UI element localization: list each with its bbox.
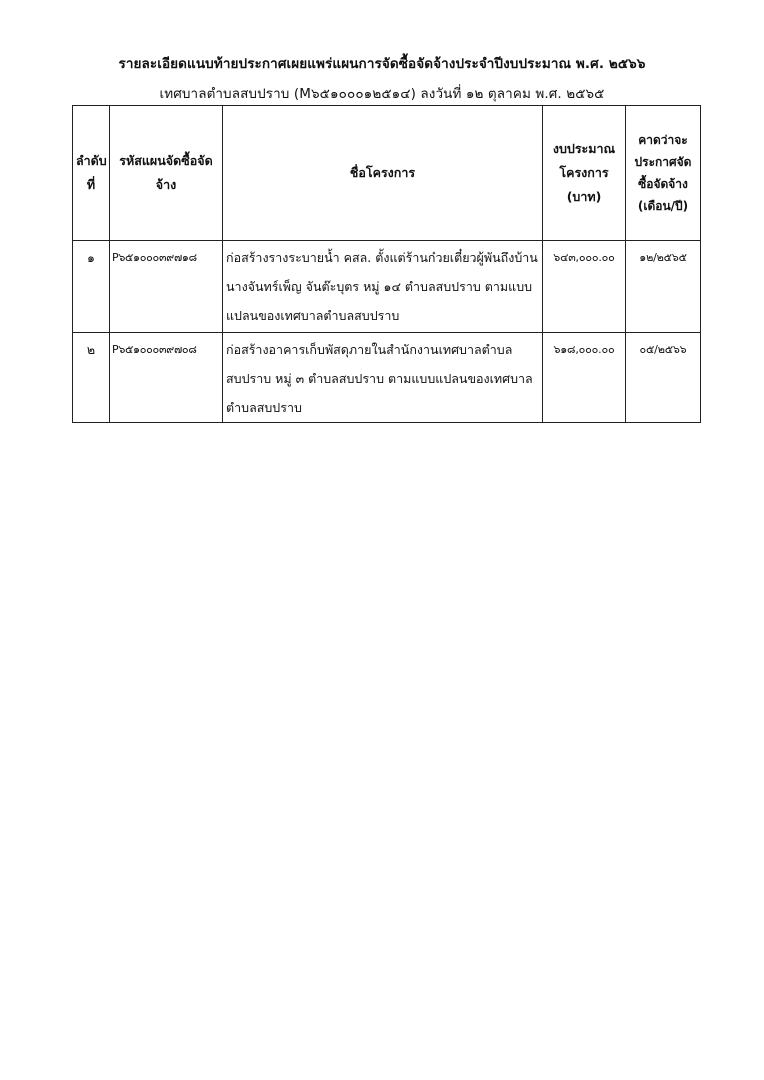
cell-month: ๐๕/๒๕๖๖ xyxy=(626,333,701,423)
header-month: คาดว่าจะประกาศจัดซื้อจัดจ้าง (เดือน/ปี) xyxy=(626,106,701,241)
table-row: ๒ P๖๕๑๐๐๐๓๙๗๐๘ ก่อสร้างอาคารเก็บพัสดุภาย… xyxy=(73,333,701,423)
cell-no: ๒ xyxy=(73,333,110,423)
header-budget: งบประมาณโครงการ (บาท) xyxy=(543,106,626,241)
document-subtitle: เทศบาลตำบลสบปราบ (M๖๕๑๐๐๐๑๒๕๑๔) ลงวันที่… xyxy=(0,82,764,104)
table-row: ๑ P๖๕๑๐๐๐๓๙๗๑๘ ก่อสร้างรางระบายน้ำ คสล. … xyxy=(73,241,701,333)
header-name: ชื่อโครงการ xyxy=(223,106,543,241)
cell-budget: ๖๑๘,๐๐๐.๐๐ xyxy=(543,333,626,423)
cell-code: P๖๕๑๐๐๐๓๙๗๐๘ xyxy=(110,333,223,423)
cell-month: ๑๒/๒๕๖๕ xyxy=(626,241,701,333)
header-code: รหัสแผนจัดซื้อจัดจ้าง xyxy=(110,106,223,241)
procurement-plan-table: ลำดับที่ รหัสแผนจัดซื้อจัดจ้าง ชื่อโครงก… xyxy=(72,105,701,423)
table-header-row: ลำดับที่ รหัสแผนจัดซื้อจัดจ้าง ชื่อโครงก… xyxy=(73,106,701,241)
document-title: รายละเอียดแนบท้ายประกาศเผยแพร่แผนการจัดซ… xyxy=(0,52,764,74)
cell-budget: ๖๔๓,๐๐๐.๐๐ xyxy=(543,241,626,333)
header-no: ลำดับที่ xyxy=(73,106,110,241)
cell-code: P๖๕๑๐๐๐๓๙๗๑๘ xyxy=(110,241,223,333)
cell-no: ๑ xyxy=(73,241,110,333)
cell-name: ก่อสร้างอาคารเก็บพัสดุภายในสำนักงานเทศบา… xyxy=(223,333,543,423)
cell-name: ก่อสร้างรางระบายน้ำ คสล. ตั้งแต่ร้านก๋วย… xyxy=(223,241,543,333)
